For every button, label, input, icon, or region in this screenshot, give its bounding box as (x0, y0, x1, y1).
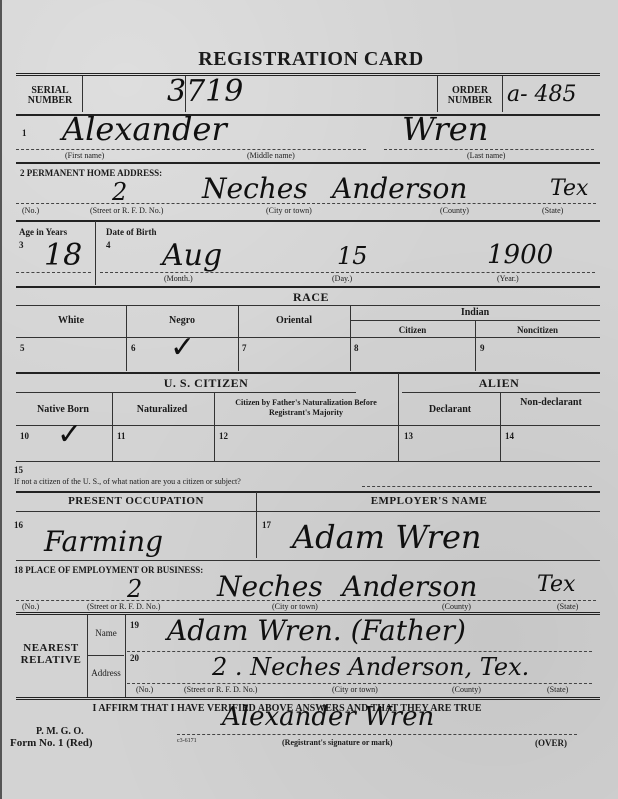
dotted-line (16, 600, 596, 601)
citizen-by-father-label: Citizen by Father's Naturalization Befor… (214, 398, 398, 418)
field-number: 6 (131, 343, 136, 353)
home-address-state: Tex (550, 176, 588, 201)
field-number: 9 (480, 343, 485, 353)
us-citizen-title: U. S. CITIZEN (16, 376, 396, 391)
relative-address-value: 2 . Neches Anderson, Tex. (212, 653, 529, 681)
field-number: 10 (20, 431, 29, 441)
field-number: 5 (20, 343, 25, 353)
card-title: REGISTRATION CARD (2, 48, 618, 71)
divider (350, 306, 351, 371)
employer-title: EMPLOYER'S NAME (258, 495, 600, 507)
field-number: 13 (404, 431, 413, 441)
divider (16, 286, 600, 288)
relative-address-label: Address (88, 668, 124, 678)
caption: (County) (442, 602, 471, 611)
signature-caption: (Registrant's signature or mark) (282, 738, 393, 747)
caption: (Street or R. F. D. No.) (184, 685, 257, 694)
race-white-label: White (16, 316, 126, 326)
dotted-line (100, 272, 595, 273)
divider (125, 615, 126, 697)
home-address-city: Neches (202, 172, 308, 205)
divider (126, 306, 127, 371)
divider (16, 392, 356, 393)
divider (16, 560, 600, 561)
nearest-relative-title: NEARESTRELATIVE (16, 642, 86, 666)
divider (16, 73, 600, 76)
divider (437, 76, 438, 112)
field-number: 1 (22, 128, 27, 138)
birth-day-value: 15 (337, 242, 368, 270)
divider (95, 221, 96, 285)
dotted-line (384, 149, 594, 150)
field-number: 3 (19, 240, 24, 250)
caption: (State) (557, 602, 578, 611)
field-number: 17 (262, 520, 271, 530)
over-label: (OVER) (535, 738, 567, 748)
dotted-line (177, 734, 577, 735)
caption: (Day.) (332, 274, 352, 283)
caption: (Year.) (497, 274, 519, 283)
divider (16, 461, 600, 462)
divider (16, 425, 600, 426)
divider (16, 162, 600, 164)
serial-number-value: 3719 (167, 74, 243, 109)
divider (88, 655, 124, 656)
race-indian-citizen-label: Citizen (350, 325, 475, 335)
non-declarant-label: Non-declarant (502, 398, 600, 408)
caption: (No.) (22, 602, 39, 611)
caption: (No.) (136, 685, 153, 694)
field-number: 16 (14, 520, 23, 530)
race-oriental-label: Oriental (238, 316, 350, 326)
native-born-label: Native Born (16, 405, 110, 415)
divider (256, 492, 257, 558)
caption: (City or town) (332, 685, 378, 694)
race-indian-noncitizen-label: Noncitizen (475, 325, 600, 335)
occupation-value: Farming (44, 525, 163, 558)
native-born-checkmark: ✓ (57, 417, 82, 452)
dotted-line (16, 203, 596, 204)
first-name-caption: (First name) (65, 151, 104, 160)
dotted-line (16, 149, 366, 150)
divider (16, 697, 600, 700)
print-code: c3-6171 (177, 738, 197, 744)
field-number: 8 (354, 343, 359, 353)
naturalized-label: Naturalized (112, 405, 212, 415)
employment-place-state: Tex (537, 572, 575, 597)
race-indian-label: Indian (350, 308, 600, 318)
caption: (County) (452, 685, 481, 694)
nation-question: If not a citizen of the U. S., of what n… (14, 477, 241, 486)
declarant-label: Declarant (400, 405, 500, 415)
field-number: 20 (130, 653, 139, 663)
divider (214, 393, 215, 461)
divider (112, 393, 113, 461)
field-number: 19 (130, 620, 139, 630)
registration-card: REGISTRATION CARD SERIALNUMBER 3719 ORDE… (0, 0, 618, 799)
divider (16, 372, 600, 374)
race-negro-label: Negro (126, 316, 238, 326)
registrant-signature: Alexander Wren (222, 702, 434, 732)
divider (475, 321, 476, 371)
order-number-value: a- 485 (507, 82, 577, 107)
divider (16, 337, 600, 338)
field-number: 7 (242, 343, 247, 353)
birth-date-label: Date of Birth (106, 227, 157, 237)
employment-place-label: 18 PLACE OF EMPLOYMENT OR BUSINESS: (14, 565, 203, 575)
birth-year-value: 1900 (487, 240, 553, 270)
field-number: 14 (505, 431, 514, 441)
age-value: 18 (44, 238, 82, 273)
order-number-label: ORDERNUMBER (440, 86, 500, 106)
caption: (No.) (22, 206, 39, 215)
home-address-label: 2 PERMANENT HOME ADDRESS: (20, 168, 162, 178)
relative-name-label: Name (88, 628, 124, 638)
divider (500, 393, 501, 461)
divider (16, 220, 600, 222)
divider (16, 511, 600, 512)
home-address-county: Anderson (332, 172, 467, 205)
first-name-value: Alexander (62, 110, 227, 148)
race-title: RACE (2, 290, 618, 305)
divider (238, 306, 239, 371)
divider (185, 76, 186, 112)
divider (398, 373, 399, 461)
divider (402, 392, 600, 393)
dotted-line (16, 272, 91, 273)
caption: (Street or R. F. D. No.) (90, 206, 163, 215)
home-address-number: 2 (112, 178, 127, 206)
caption: (State) (542, 206, 563, 215)
caption: (City or town) (272, 602, 318, 611)
caption: (County) (440, 206, 469, 215)
employment-place-number: 2 (127, 575, 142, 603)
serial-number-label: SERIALNUMBER (20, 86, 80, 106)
caption: (State) (547, 685, 568, 694)
employer-value: Adam Wren (292, 518, 481, 556)
last-name-caption: (Last name) (467, 151, 505, 160)
divider (502, 76, 503, 112)
occupation-title: PRESENT OCCUPATION (16, 495, 256, 507)
field-number: 15 (14, 465, 23, 475)
divider (16, 491, 600, 493)
caption: (Month.) (164, 274, 193, 283)
form-number: Form No. 1 (Red) (10, 738, 92, 748)
field-number: 4 (106, 240, 111, 250)
last-name-value: Wren (402, 110, 488, 148)
race-negro-checkmark: ✓ (170, 330, 195, 365)
alien-title: ALIEN (398, 376, 600, 391)
field-number: 11 (117, 431, 126, 441)
divider (16, 305, 600, 306)
employment-place-city: Neches (217, 570, 323, 603)
dotted-line (362, 486, 592, 487)
form-agency: P. M. G. O. (36, 727, 84, 737)
birth-month-value: Aug (162, 238, 222, 273)
age-label: Age in Years (19, 227, 67, 237)
dotted-line (127, 683, 592, 684)
dotted-line (127, 651, 592, 652)
divider (82, 76, 83, 112)
caption: (Street or R. F. D. No.) (87, 602, 160, 611)
employment-place-county: Anderson (342, 570, 477, 603)
field-number: 12 (219, 431, 228, 441)
caption: (City or town) (266, 206, 312, 215)
relative-name-value: Adam Wren. (Father) (167, 614, 466, 647)
middle-name-caption: (Middle name) (247, 151, 295, 160)
